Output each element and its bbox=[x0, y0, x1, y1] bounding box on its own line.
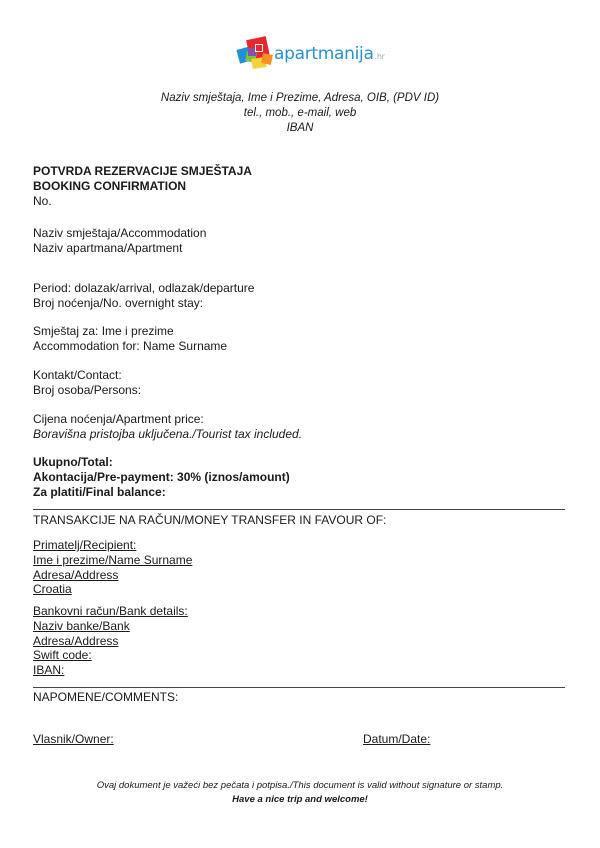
transfer-heading: TRANSAKCIJE NA RAČUN/MONEY TRANSFER IN F… bbox=[33, 513, 386, 528]
apartmanija-logo: apartmanija.hr bbox=[236, 36, 366, 70]
iban: IBAN: bbox=[33, 663, 188, 678]
owner-signature-label: Vlasnik/Owner: bbox=[33, 732, 114, 747]
final-balance-label: Za platiti/Final balance: bbox=[33, 485, 290, 500]
accommodation-section: Naziv smještaja/Accommodation Naziv apar… bbox=[33, 226, 206, 256]
period-label: Period: dolazak/arrival, odlazak/departu… bbox=[33, 281, 254, 296]
accommodation-name-label: Naziv smještaja/Accommodation bbox=[33, 226, 206, 241]
recipient-address: Adresa/Address bbox=[33, 568, 192, 583]
recipient-section: Primatelj/Recipient: Ime i prezime/Name … bbox=[33, 538, 192, 597]
booking-number-label: No. bbox=[33, 194, 252, 209]
divider-transfer bbox=[33, 509, 565, 510]
validity-note: Ovaj dokument je važeći bez pečata i pot… bbox=[0, 779, 600, 793]
date-label: Datum/Date: bbox=[363, 732, 430, 747]
title-hr: POTVRDA REZERVACIJE SMJEŠTAJA bbox=[33, 164, 252, 179]
house-window-icon bbox=[255, 44, 263, 52]
prepayment-label: Akontacija/Pre-payment: 30% (iznos/amoun… bbox=[33, 470, 290, 485]
bank-address: Adresa/Address bbox=[33, 634, 188, 649]
recipient-label: Primatelj/Recipient: bbox=[33, 538, 192, 553]
logo-squares-icon bbox=[236, 36, 276, 70]
recipient-name: Ime i prezime/Name Surname bbox=[33, 553, 192, 568]
issuer-info: Naziv smještaja, Ime i Prezime, Adresa, … bbox=[0, 91, 600, 136]
price-label: Cijena noćenja/Apartment price: bbox=[33, 412, 302, 427]
apartment-name-label: Naziv apartmana/Apartment bbox=[33, 241, 206, 256]
guest-section: Smještaj za: Ime i prezime Accommodation… bbox=[33, 324, 227, 354]
contact-label: Kontakt/Contact: bbox=[33, 368, 141, 383]
bank-name: Naziv banke/Bank bbox=[33, 619, 188, 634]
guest-label-en: Accommodation for: Name Surname bbox=[33, 339, 227, 354]
footer: Ovaj dokument je važeći bez pečata i pot… bbox=[0, 779, 600, 807]
divider-comments bbox=[33, 687, 565, 688]
persons-label: Broj osoba/Persons: bbox=[33, 383, 141, 398]
period-section: Period: dolazak/arrival, odlazak/departu… bbox=[33, 281, 254, 311]
issuer-line-3: IBAN bbox=[0, 121, 600, 136]
tourist-tax-note: Boravišna pristojba uključena./Tourist t… bbox=[33, 427, 302, 442]
nights-label: Broj noćenja/No. overnight stay: bbox=[33, 296, 254, 311]
logo-wordmark: apartmanija.hr bbox=[274, 44, 385, 64]
issuer-line-2: tel., mob., e-mail, web bbox=[0, 106, 600, 121]
contact-section: Kontakt/Contact: Broj osoba/Persons: bbox=[33, 368, 141, 398]
title-en: BOOKING CONFIRMATION bbox=[33, 179, 252, 194]
guest-label-hr: Smještaj za: Ime i prezime bbox=[33, 324, 227, 339]
price-section: Cijena noćenja/Apartment price: Boravišn… bbox=[33, 412, 302, 442]
bank-details-label: Bankovni račun/Bank details: bbox=[33, 604, 188, 619]
document-title: POTVRDA REZERVACIJE SMJEŠTAJA BOOKING CO… bbox=[33, 164, 252, 208]
swift-code: Swift code: bbox=[33, 648, 188, 663]
totals-section: Ukupno/Total: Akontacija/Pre-payment: 30… bbox=[33, 455, 290, 499]
greeting: Have a nice trip and welcome! bbox=[0, 793, 600, 807]
recipient-country: Croatia bbox=[33, 582, 192, 597]
issuer-line-1: Naziv smještaja, Ime i Prezime, Adresa, … bbox=[0, 91, 600, 106]
comments-heading: NAPOMENE/COMMENTS: bbox=[33, 690, 178, 705]
bank-section: Bankovni račun/Bank details: Naziv banke… bbox=[33, 604, 188, 678]
total-label: Ukupno/Total: bbox=[33, 455, 290, 470]
